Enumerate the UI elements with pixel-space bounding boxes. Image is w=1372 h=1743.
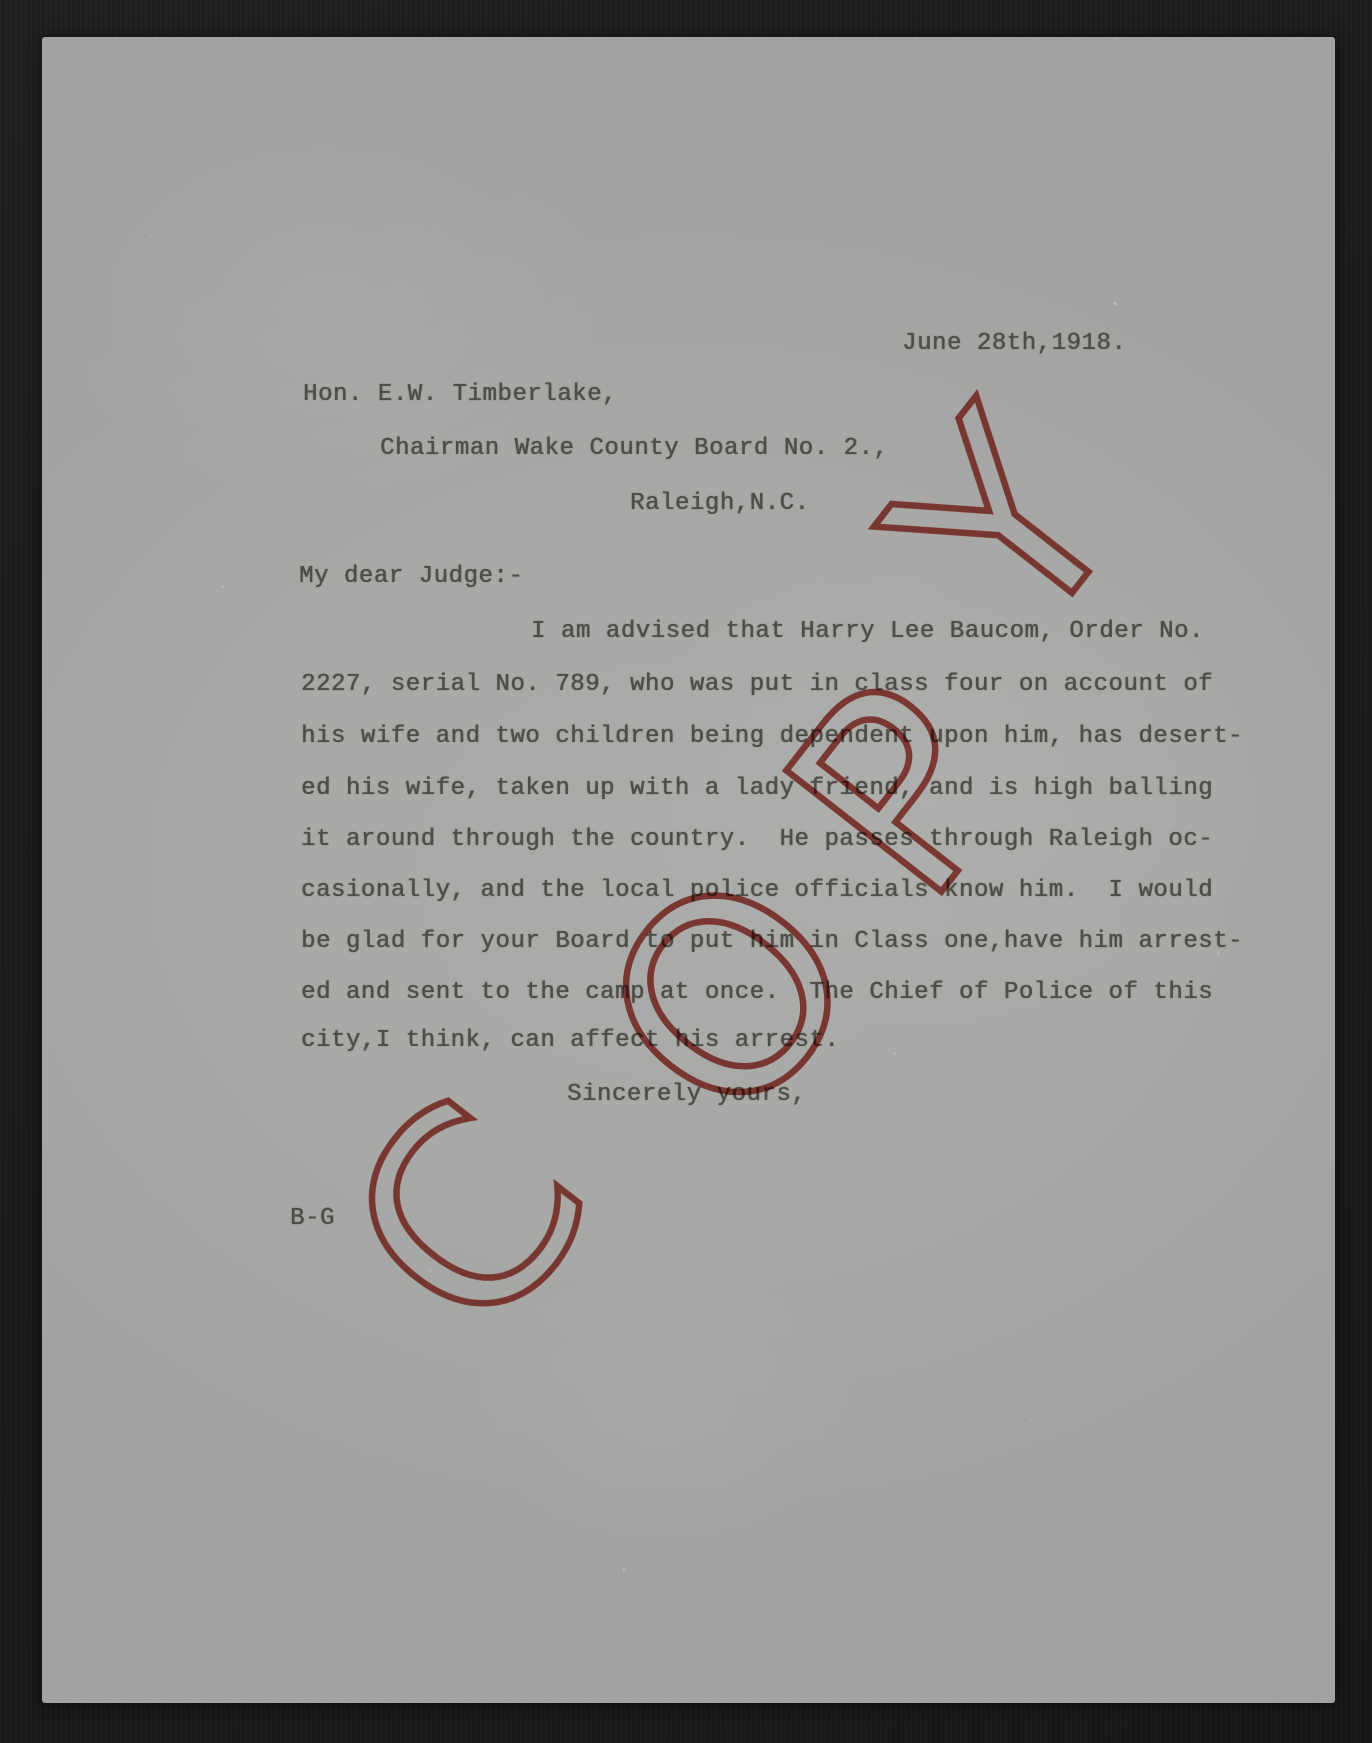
stamp-letter-y: Y [829,360,1184,690]
stamp-letter-o: O [541,816,920,1177]
copy-stamp: C O P Y [0,0,1372,1743]
stamp-letter-c: C [286,1047,650,1389]
